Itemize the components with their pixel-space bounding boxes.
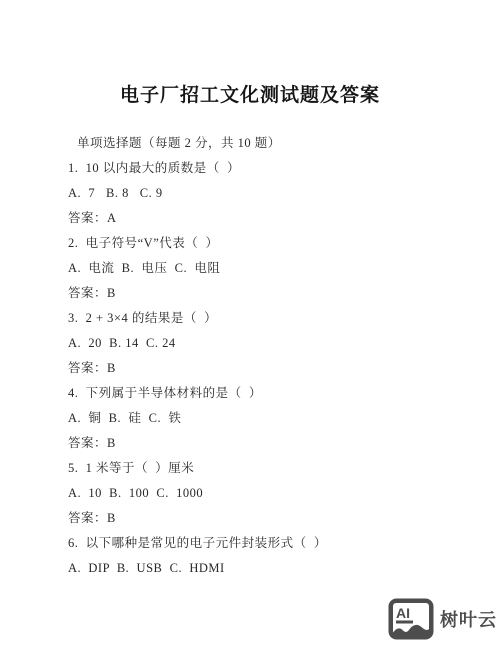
ai-image-logo-icon: AI bbox=[388, 598, 434, 640]
question-3-answer: 答案：B bbox=[68, 356, 470, 381]
question-5-options: A. 10 B. 100 C. 1000 bbox=[68, 481, 470, 506]
question-4-text: 4. 下列属于半导体材料的是（ ） bbox=[68, 381, 470, 406]
question-1-options: A. 7 B. 8 C. 9 bbox=[68, 181, 470, 206]
document-body: 单项选择题（每题 2 分，共 10 题） 1. 10 以内最大的质数是（ ） A… bbox=[0, 131, 500, 581]
question-3-text: 3. 2 + 3×4 的结果是（ ） bbox=[68, 306, 470, 331]
question-5-text: 5. 1 米等于（ ）厘米 bbox=[68, 456, 470, 481]
question-1-answer: 答案：A bbox=[68, 206, 470, 231]
section-heading: 单项选择题（每题 2 分，共 10 题） bbox=[68, 131, 470, 156]
ai-logo-text: AI bbox=[396, 605, 410, 621]
question-5-answer: 答案：B bbox=[68, 506, 470, 531]
question-3-options: A. 20 B. 14 C. 24 bbox=[68, 331, 470, 356]
question-2-text: 2. 电子符号“V”代表（ ） bbox=[68, 231, 470, 256]
question-2-answer: 答案：B bbox=[68, 281, 470, 306]
question-6-options: A. DIP B. USB C. HDMI bbox=[68, 556, 470, 581]
page-title: 电子厂招工文化测试题及答案 bbox=[0, 0, 500, 108]
question-2-options: A. 电流 B. 电压 C. 电阻 bbox=[68, 256, 470, 281]
brand-watermark: AI 树叶云 bbox=[388, 598, 497, 640]
question-6-text: 6. 以下哪种是常见的电子元件封装形式（ ） bbox=[68, 531, 470, 556]
question-1-text: 1. 10 以内最大的质数是（ ） bbox=[68, 156, 470, 181]
document-page: 电子厂招工文化测试题及答案 单项选择题（每题 2 分，共 10 题） 1. 10… bbox=[0, 0, 500, 647]
question-4-answer: 答案：B bbox=[68, 431, 470, 456]
question-4-options: A. 铜 B. 硅 C. 铁 bbox=[68, 406, 470, 431]
brand-name: 树叶云 bbox=[440, 606, 497, 632]
